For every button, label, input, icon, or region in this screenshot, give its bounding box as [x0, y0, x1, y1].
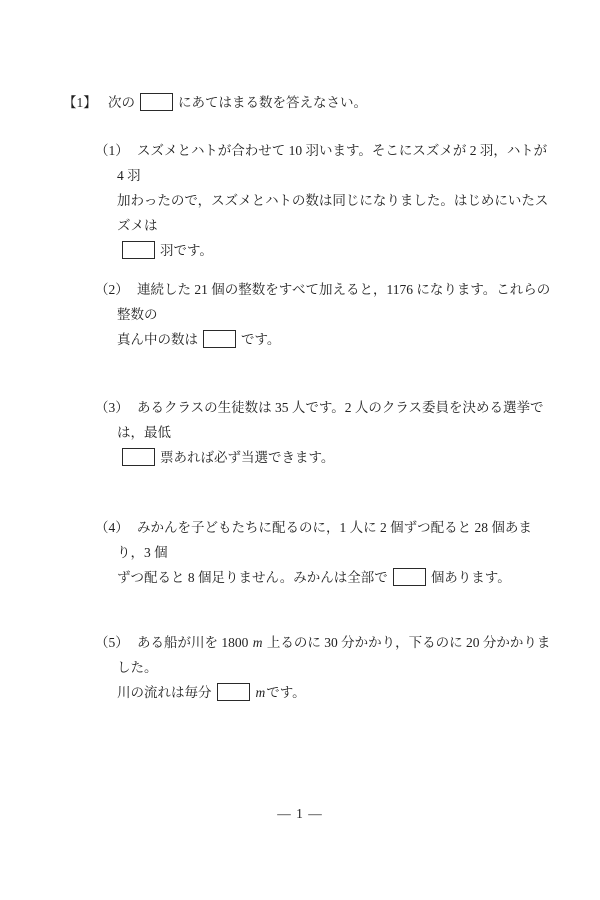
section-instruction: 次のにあてはまる数を答えなさい。	[108, 92, 543, 114]
problem-text: 連続した 21 個の整数をすべて加えると，1176 になります。これらの整数の真…	[117, 277, 557, 352]
math-variable: m	[255, 685, 267, 700]
section-header: 【1】 次のにあてはまる数を答えなさい。	[63, 92, 543, 114]
problem-3: （3） あるクラスの生徒数は 35 人です。2 人のクラス委員を決める選挙では，…	[95, 395, 557, 470]
problem-text: スズメとハトが合わせて 10 羽います。そこにスズメが 2 羽，ハトが 4 羽加…	[117, 138, 557, 263]
answer-box	[217, 683, 250, 701]
answer-box	[140, 93, 173, 111]
problem-5: （5） ある船が川を 1800 m 上るのに 30 分かかり，下るのに 20 分…	[95, 630, 557, 705]
answer-box	[122, 448, 155, 466]
section-number: 【1】	[63, 92, 97, 114]
problem-1: （1） スズメとハトが合わせて 10 羽います。そこにスズメが 2 羽，ハトが …	[95, 138, 557, 263]
math-variable: m	[252, 635, 264, 650]
problem-text: ある船が川を 1800 m 上るのに 30 分かかり，下るのに 20 分かかりま…	[117, 630, 557, 705]
problem-number: （4）	[95, 515, 129, 540]
problem-number: （2）	[95, 277, 129, 302]
answer-box	[203, 330, 236, 348]
problem-number: （5）	[95, 630, 129, 655]
problem-number: （3）	[95, 395, 129, 420]
problem-text: みかんを子どもたちに配るのに，1 人に 2 個ずつ配ると 28 個あまり，3 個…	[117, 515, 557, 590]
problem-number: （1）	[95, 138, 129, 163]
page-number: — 1 —	[0, 806, 600, 822]
problem-4: （4） みかんを子どもたちに配るのに，1 人に 2 個ずつ配ると 28 個あまり…	[95, 515, 557, 590]
problem-2: （2） 連続した 21 個の整数をすべて加えると，1176 になります。これらの…	[95, 277, 557, 352]
problem-text: あるクラスの生徒数は 35 人です。2 人のクラス委員を決める選挙では，最低票あ…	[117, 395, 557, 470]
answer-box	[122, 241, 155, 259]
exam-page: 【1】 次のにあてはまる数を答えなさい。 （1） スズメとハトが合わせて 10 …	[0, 0, 600, 900]
answer-box	[393, 568, 426, 586]
